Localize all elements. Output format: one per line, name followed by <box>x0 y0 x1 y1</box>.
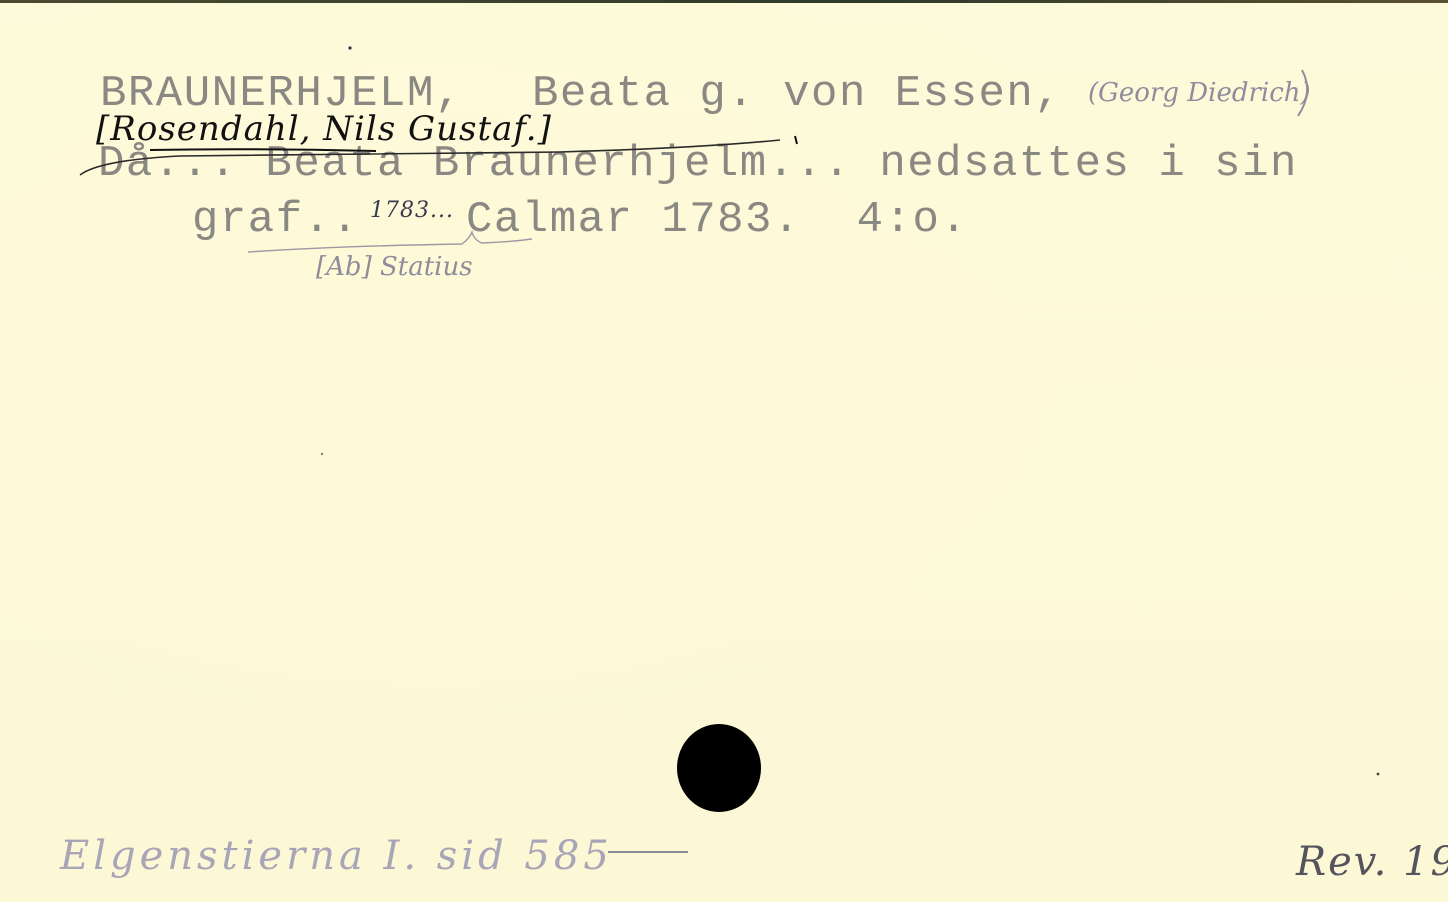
catalog-card: BRAUNERHJELM, Beata g. von Essen, (Georg… <box>0 0 1448 902</box>
title-line-2-start: graf.. <box>192 198 359 242</box>
handwritten-first-names: (Georg Diedrich) <box>1088 80 1311 106</box>
title-line-1: Då... Beata Braunerhjelm... nedsattes i … <box>98 142 1298 186</box>
handwritten-printer-note: [Ab] Statius <box>316 254 473 280</box>
punch-hole <box>677 724 761 812</box>
card-top-edge <box>0 0 1448 3</box>
handwritten-date-insertion: 1783... <box>370 200 454 222</box>
handwritten-reference: Elgenstierna I. sid 585 <box>60 836 613 876</box>
revision-mark: Rev. 1969 <box>1296 842 1448 882</box>
heading-given-names: Beata g. von Essen, <box>532 72 1062 116</box>
imprint-line: Calmar 1783. 4:o. <box>466 198 968 242</box>
